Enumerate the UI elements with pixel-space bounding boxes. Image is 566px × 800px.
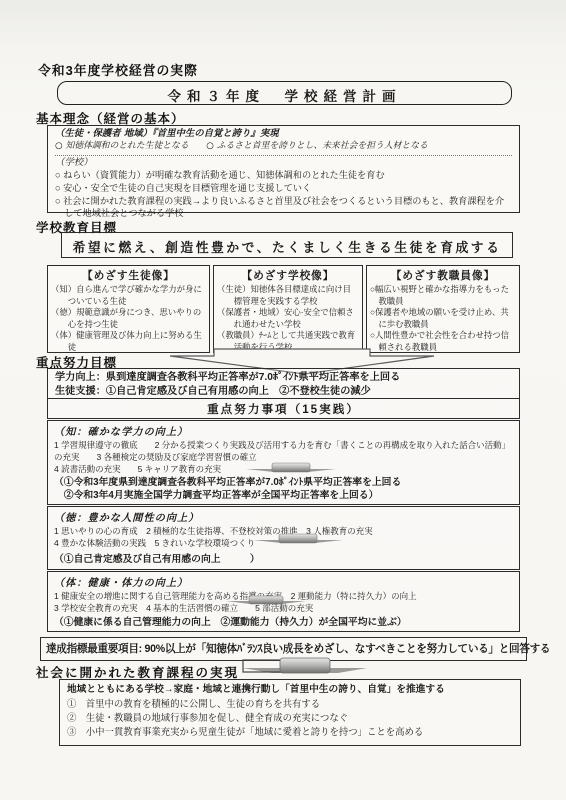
section-title: （体：健康・体力の向上） (54, 574, 513, 589)
vision-box-title: 【めざす学校像】 (217, 268, 359, 283)
vision-line: （生徒）知徳体各目標達成に向け目標管理を実践する学校 (217, 284, 359, 307)
section-target: （①令和3年度県到達度調査各教科平均正答率が7.0ﾎﾟｲﾝﾄ県平均正答率を上回る (54, 477, 513, 490)
section-box-tai: （体：健康・体力の向上） 1 健康安全の増進に関する自己管理能力を高める指導の充… (47, 571, 520, 632)
vision-line: ○保護者や地域の願いを受け止め、共に歩む教職員 (370, 307, 516, 330)
document-suptitle: 令和3年度学校経営の実際 (38, 60, 198, 79)
school-goal-item: ○ ねらい（資質能力）が明確な教育活動を通じ、知徳体調和のとれた生徒を育む (55, 169, 512, 182)
shadow-arrow-icon (253, 533, 343, 545)
school-goal-label: （学校） (55, 157, 512, 169)
priority-items-header: 重点努力事項（15実践） (207, 403, 360, 416)
community-goal-label: （生徒・保護者 地域）『首里中生の自覚と誇り』実現 (55, 128, 512, 141)
vision-line: ○幅広い視野と確かな指導力をもった教職員 (370, 284, 516, 307)
open-curriculum-lead: 地域とともにある学校→家庭・地域と連携行動し「首里中生の誇り、自覚」を推進する (67, 683, 513, 697)
section-title: （知：確かな学力の向上） (54, 423, 513, 438)
vision-box-students: 【めざす生徒像】 （知）自ら進んで学び確かな学力が身についている生徒 （徳）規範… (47, 265, 210, 353)
plan-title: 令和３年度 学校経営計画 (168, 89, 402, 104)
priority-goal-line: 学力向上：県到達度調査各教科平均正答率が7.0ﾎﾟｲﾝﾄ県平均正答率を上回る (55, 371, 512, 385)
vision-box-title: 【めざす教職員像】 (370, 268, 516, 283)
section-box-chi: （知：確かな学力の向上） 1 学習規律遵守の徹底 2 分かる授業つくり実践及び活… (47, 420, 520, 505)
section-line: 1 学習規律遵守の徹底 2 分かる授業つくり実践及び活用する力を育む「書くことの… (54, 439, 513, 463)
vision-box-school: 【めざす学校像】 （生徒）知徳体各目標達成に向け目標管理を実践する学校 （保護者… (213, 265, 363, 353)
vision-boxes-row: 【めざす生徒像】 （知）自ら進んで学び確かな学力が身についている生徒 （徳）規範… (47, 265, 520, 353)
plan-title-box: 令和３年度 学校経営計画 (57, 81, 512, 105)
vision-line: （知）自ら進んで学び確かな学力が身についている生徒 (51, 284, 206, 307)
vision-box-staff: 【めざす教職員像】 ○幅広い視野と確かな指導力をもった教職員 ○保護者や地域の願… (366, 265, 520, 353)
open-curriculum-item: ② 生徒・教職員の地域行事参加を促し、健全育成の充実につなぐ (67, 711, 513, 725)
vision-box-title: 【めざす生徒像】 (51, 268, 206, 283)
slogan-box: 希望に燃え、創造性豊かで、たくましく生きる生徒を育成する (61, 232, 513, 258)
document-page: 令和3年度学校経営の実際 令和３年度 学校経営計画 基本理念（経営の基本） （生… (0, 0, 566, 800)
section-target: （①健康に係る自己管理能力の向上 ②運動能力（持久力）が全国平均に並ぶ） (54, 617, 513, 630)
section-target: ②令和3年4月実施全国学力調査平均正答率が全国平均正答率を上回る） (54, 490, 513, 503)
vision-line: （保護者・地域）安心·安全で信頼され通わせたい学校 (217, 307, 359, 330)
section-title: （徳：豊かな人間性の向上） (54, 509, 513, 524)
shadow-arrow-icon (226, 595, 306, 606)
open-curriculum-item: ① 首里中の教育を積極的に公開し、生徒の育ちを共有する (67, 697, 513, 711)
section-target: （①自己肯定感及び自己有用感の向上 ） (54, 554, 513, 567)
priority-goals-box: 学力向上：県到達度調査各教科平均正答率が7.0ﾎﾟｲﾝﾄ県平均正答率を上回る 生… (47, 368, 520, 399)
basic-principles-box: （生徒・保護者 地域）『首里中生の自覚と誇り』実現 ○ 知徳体調和のとれた生徒と… (47, 125, 520, 213)
shadow-arrow-icon (246, 462, 336, 474)
priority-items-header-box: 重点努力事項（15実践） (47, 398, 520, 419)
school-goal-item: ○ 安心・安全で生徒の自己実現を目標管理を通じ支援していく (55, 182, 512, 195)
school-goal-item: ○ 社会に開かれた教育課程の実践→より良いふるさと首里及び社会をつくるという目標… (55, 195, 512, 221)
open-curriculum-item: ③ 小中一貫教育事業充実から児童生徒が「地域に愛着と誇りを持つ」ことを高める (67, 725, 513, 739)
community-goal-line: ○ 知徳体調和のとれた生徒となる ○ ふるさと首里を誇りとし、未来社会を担う人材… (55, 141, 512, 153)
school-motto: 希望に燃え、創造性豊かで、たくましく生きる生徒を育成する (73, 240, 502, 255)
shadow-arrow-icon (242, 657, 367, 676)
dotted-divider (55, 155, 512, 156)
kpi-text: 達成指標最重要項目: 90%以上が「知徳体ﾊﾞﾗﾝｽ良い成長をめざし、なすべきこ… (46, 643, 550, 655)
section-box-toku: （徳：豊かな人間性の向上） 1 思いやりの心の育成 2 積極的な生徒指導、不登校… (47, 506, 520, 570)
open-curriculum-box: 地域とともにある学校→家庭・地域と連携行動し「首里中生の誇り、自覚」を推進する … (59, 679, 521, 746)
vision-line: （徳）規範意識が身につき、思いやりの心を持つ生徒 (51, 307, 206, 330)
